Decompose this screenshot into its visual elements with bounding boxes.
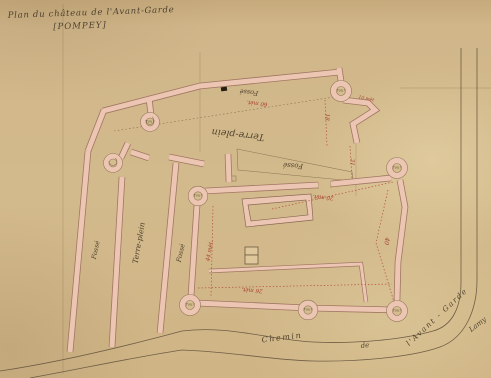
label-road-avant-garde: l'Avant - Garde — [405, 287, 469, 348]
label-fosse-west-outer: Fossé — [91, 240, 101, 260]
labels-layer: FosséTerre-pleinFosséFosséTerre-pleinFos… — [0, 0, 491, 378]
signature: Lamy — [468, 316, 488, 333]
label-fosse-north: Fossé — [239, 88, 258, 96]
tower-label-south: Tour — [303, 308, 312, 311]
dim-40: 40 — [382, 237, 389, 246]
tower-label-northwest: Tour — [193, 194, 202, 197]
label-road-chemin: Chemin — [261, 332, 303, 345]
label-road-de: de — [360, 342, 370, 350]
tower-label-gate: Tour — [145, 120, 154, 123]
tower-label-northeast: Tour — [392, 166, 401, 169]
dim-18: 18 — [323, 113, 329, 120]
tower-label-north: Tour — [336, 89, 345, 92]
dim-20-metres: 20 mèt. — [312, 192, 334, 199]
label-fosse-inner: Fossé — [283, 161, 303, 169]
label-fosse-west-inner: Fossé — [176, 243, 187, 263]
dim-10-metres: 10 mèt — [358, 96, 374, 104]
dim-44-metres: 44 mèt. — [206, 240, 215, 262]
plan-canvas: FosséTerre-pleinFosséFosséTerre-pleinFos… — [0, 0, 491, 378]
tower-label-southeast: Tour — [392, 309, 401, 312]
dim-26-metres: 26 mèt. — [241, 286, 263, 293]
dim-31: 31 — [348, 158, 354, 165]
dim-60-metres: 60 mèt. — [246, 98, 268, 106]
tower-label-southwest: Tour — [185, 303, 194, 306]
label-terre-plein-north: Terre-plein — [211, 127, 265, 142]
label-terre-plein-west: Terre-plein — [132, 222, 147, 265]
